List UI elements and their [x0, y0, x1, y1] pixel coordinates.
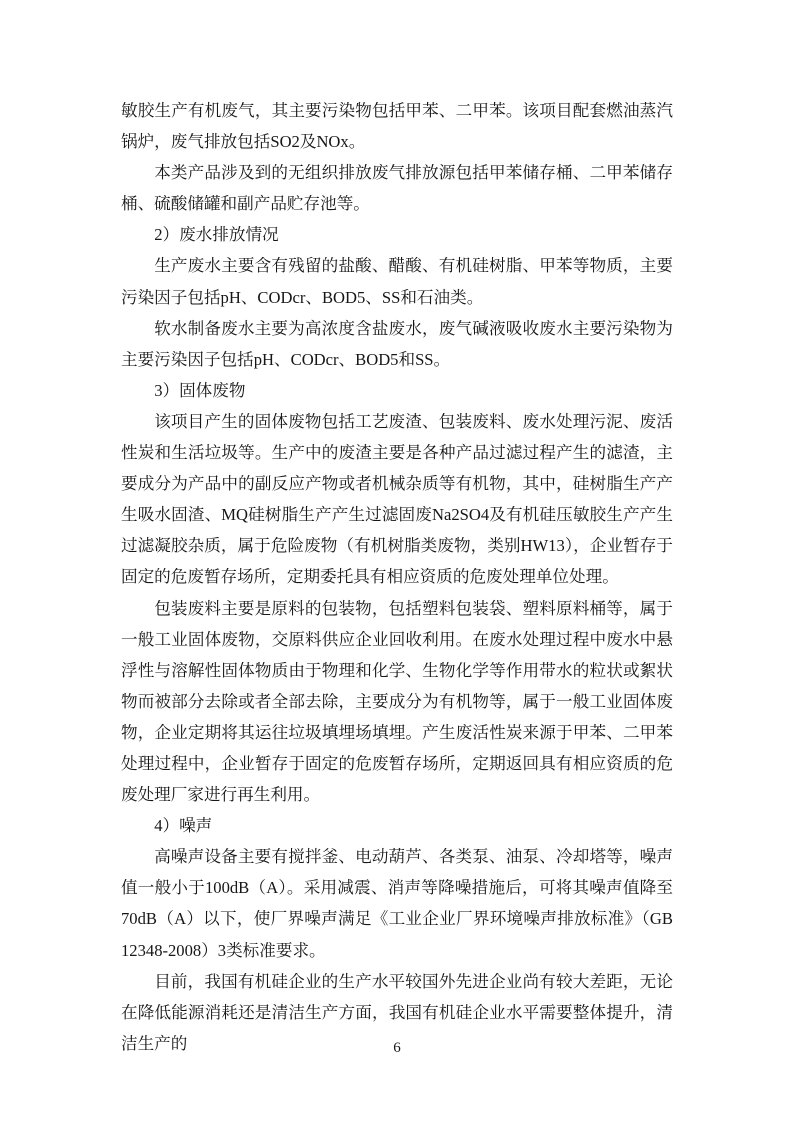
- section-heading-wastewater: 2）废水排放情况: [121, 219, 673, 250]
- page-number: 6: [0, 1038, 794, 1058]
- document-body: 敏胶生产有机废气，其主要污染物包括甲苯、二甲苯。该项目配套燃油蒸汽锅炉，废气排放…: [121, 95, 673, 1059]
- paragraph: 该项目产生的固体废物包括工艺废渣、包装废料、废水处理污泥、废活性炭和生活垃圾等。…: [121, 406, 673, 593]
- section-heading-noise: 4）噪声: [121, 810, 673, 841]
- paragraph: 生产废水主要含有残留的盐酸、醋酸、有机硅树脂、甲苯等物质，主要污染因子包括pH、…: [121, 250, 673, 312]
- section-heading-solid-waste: 3）固体废物: [121, 375, 673, 406]
- paragraph: 软水制备废水主要为高浓度含盐废水，废气碱液吸收废水主要污染物为主要污染因子包括p…: [121, 313, 673, 375]
- paragraph: 本类产品涉及到的无组织排放废气排放源包括甲苯储存桶、二甲苯储存桶、硫酸储罐和副产…: [121, 157, 673, 219]
- paragraph: 敏胶生产有机废气，其主要污染物包括甲苯、二甲苯。该项目配套燃油蒸汽锅炉，废气排放…: [121, 95, 673, 157]
- document-page: 敏胶生产有机废气，其主要污染物包括甲苯、二甲苯。该项目配套燃油蒸汽锅炉，废气排放…: [0, 0, 794, 1123]
- paragraph: 高噪声设备主要有搅拌釜、电动葫芦、各类泵、油泵、冷却塔等，噪声值一般小于100d…: [121, 841, 673, 965]
- paragraph: 包装废料主要是原料的包装物，包括塑料包装袋、塑料原料桶等，属于一般工业固体废物，…: [121, 593, 673, 811]
